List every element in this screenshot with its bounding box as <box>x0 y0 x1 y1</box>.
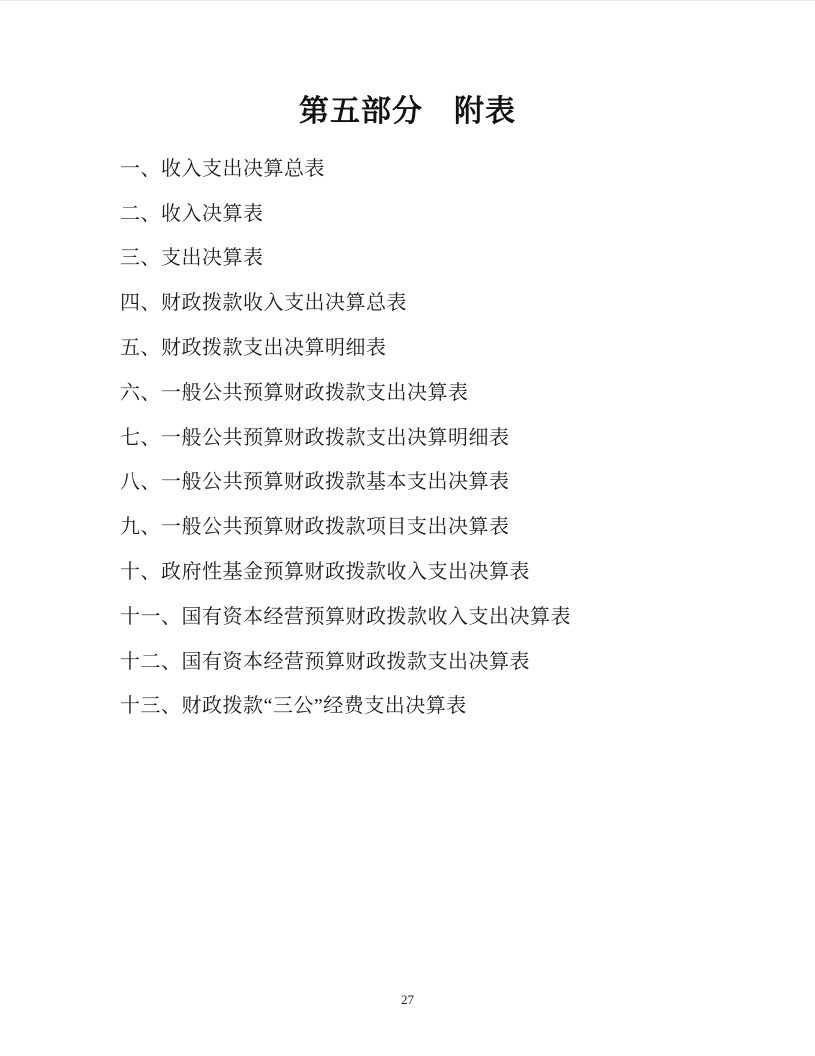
toc-item: 八、一般公共预算财政拨款基本支出决算表 <box>120 458 740 503</box>
page-number: 27 <box>0 992 815 1008</box>
toc-item: 三、支出决算表 <box>120 234 740 279</box>
toc-item: 十、政府性基金预算财政拨款收入支出决算表 <box>120 547 740 592</box>
toc-item: 十三、财政拨款“三公”经费支出决算表 <box>120 682 740 727</box>
toc-item: 九、一般公共预算财政拨款项目支出决算表 <box>120 502 740 547</box>
toc-item: 五、财政拨款支出决算明细表 <box>120 323 740 368</box>
document-page: 第五部分 附表 一、收入支出决算总表 二、收入决算表 三、支出决算表 四、财政拨… <box>0 0 815 1056</box>
page-title: 第五部分 附表 <box>0 95 815 129</box>
toc-item: 四、财政拨款收入支出决算总表 <box>120 278 740 323</box>
toc-item: 一、收入支出决算总表 <box>120 144 740 189</box>
toc-item: 十一、国有资本经营预算财政拨款收入支出决算表 <box>120 592 740 637</box>
toc-item: 十二、国有资本经营预算财政拨款支出决算表 <box>120 637 740 682</box>
toc-item: 六、一般公共预算财政拨款支出决算表 <box>120 368 740 413</box>
toc-item: 二、收入决算表 <box>120 189 740 234</box>
toc-list: 一、收入支出决算总表 二、收入决算表 三、支出决算表 四、财政拨款收入支出决算总… <box>120 144 740 726</box>
toc-item: 七、一般公共预算财政拨款支出决算明细表 <box>120 413 740 458</box>
